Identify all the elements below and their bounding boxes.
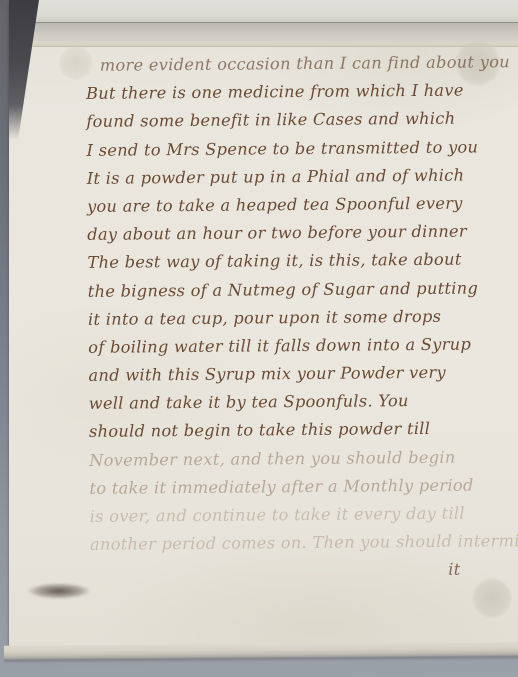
handwritten-text-block: more evident occasion than I can find ab… (86, 48, 518, 587)
manuscript-line-09: the bigness of a Nutmeg of Sugar and put… (88, 274, 518, 306)
manuscript-line-16: to take it immediately after a Monthly p… (89, 471, 518, 503)
folded-top-edge (9, 0, 518, 23)
manuscript-line-13: well and take it by tea Spoonfuls. You (89, 386, 518, 418)
sheet-stack-edges (4, 642, 518, 664)
manuscript-line-14: should not begin to take this powder til… (89, 415, 518, 447)
manuscript-line-03: found some benefit in like Cases and whi… (86, 105, 516, 137)
manuscript-letter-photo: more evident occasion than I can find ab… (0, 0, 518, 677)
manuscript-line-12: and with this Syrup mix your Powder very (88, 358, 518, 390)
manuscript-line-17: is over, and continue to take it every d… (90, 499, 518, 531)
manuscript-line-18: another period comes on. Then you should… (90, 527, 518, 559)
manuscript-line-07: day about an hour or two before your din… (87, 217, 517, 249)
manuscript-line-04: I send to Mrs Spence to be transmitted t… (86, 133, 516, 165)
manuscript-line-06: you are to take a heaped tea Spoonful ev… (87, 189, 517, 221)
catchword: it (90, 555, 518, 587)
manuscript-line-10: it into a tea cup, pour upon it some dro… (88, 302, 518, 334)
manuscript-line-15: November next, and then you should begin (89, 443, 518, 475)
manuscript-line-02: But there is one medicine from which I h… (86, 76, 516, 108)
manuscript-line-05: It is a powder put up in a Phial and of … (87, 161, 517, 193)
manuscript-line-08: The best way of taking it, is this, take… (87, 245, 517, 277)
manuscript-line-01: more evident occasion than I can find ab… (86, 48, 516, 80)
manuscript-line-11: of boiling water till it falls down into… (88, 330, 518, 362)
fold-crease (9, 23, 518, 47)
